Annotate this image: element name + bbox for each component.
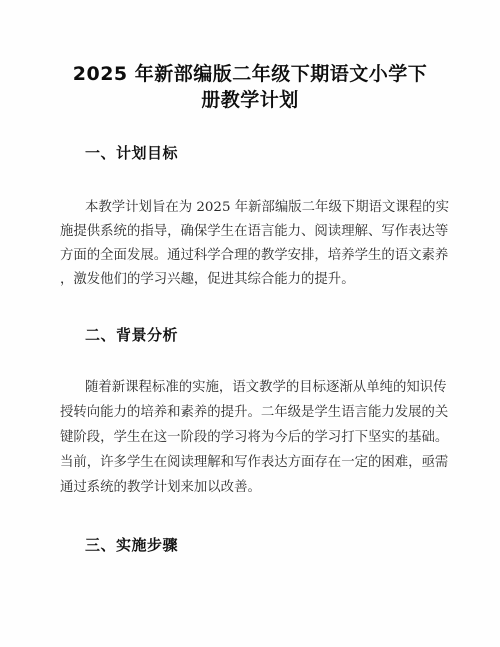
paragraph-line: 施提供系统的指导，确保学生在语言能力、阅读理解、写作表达等 [60, 222, 439, 242]
paragraph-line: 当前，许多学生在阅读理解和写作表达方面存在一定的困难，亟需 [60, 453, 439, 473]
paragraph-line: 通过系统的教学计划来加以改善。 [60, 478, 439, 498]
section-heading-implementation-steps: 三、实施步骤 [85, 535, 178, 555]
paragraph-line: 方面的全面发展。通过科学合理的教学安排，培养学生的语文素养 [60, 246, 439, 266]
document-page: 2025 年新部编版二年级下期语文小学下 册教学计划 一、计划目标 本教学计划旨… [0, 0, 500, 647]
section-heading-plan-goals: 一、计划目标 [85, 143, 178, 163]
paragraph-line: 随着新课程标准的实施，语文教学的目标逐渐从单纯的知识传 [85, 378, 439, 398]
paragraph-line: 本教学计划旨在为 2025 年新部编版二年级下期语文课程的实 [85, 198, 439, 218]
document-title-line-1: 2025 年新部编版二年级下期语文小学下 [0, 62, 500, 86]
paragraph-line: 键阶段，学生在这一阶段的学习将为今后的学习打下坚实的基础。 [60, 428, 439, 448]
section-heading-background-analysis: 二、背景分析 [85, 325, 178, 345]
paragraph-line: ，激发他们的学习兴趣，促进其综合能力的提升。 [60, 270, 439, 290]
document-title-line-2: 册教学计划 [0, 88, 500, 112]
paragraph-line: 授转向能力的培养和素养的提升。二年级是学生语言能力发展的关 [60, 403, 439, 423]
